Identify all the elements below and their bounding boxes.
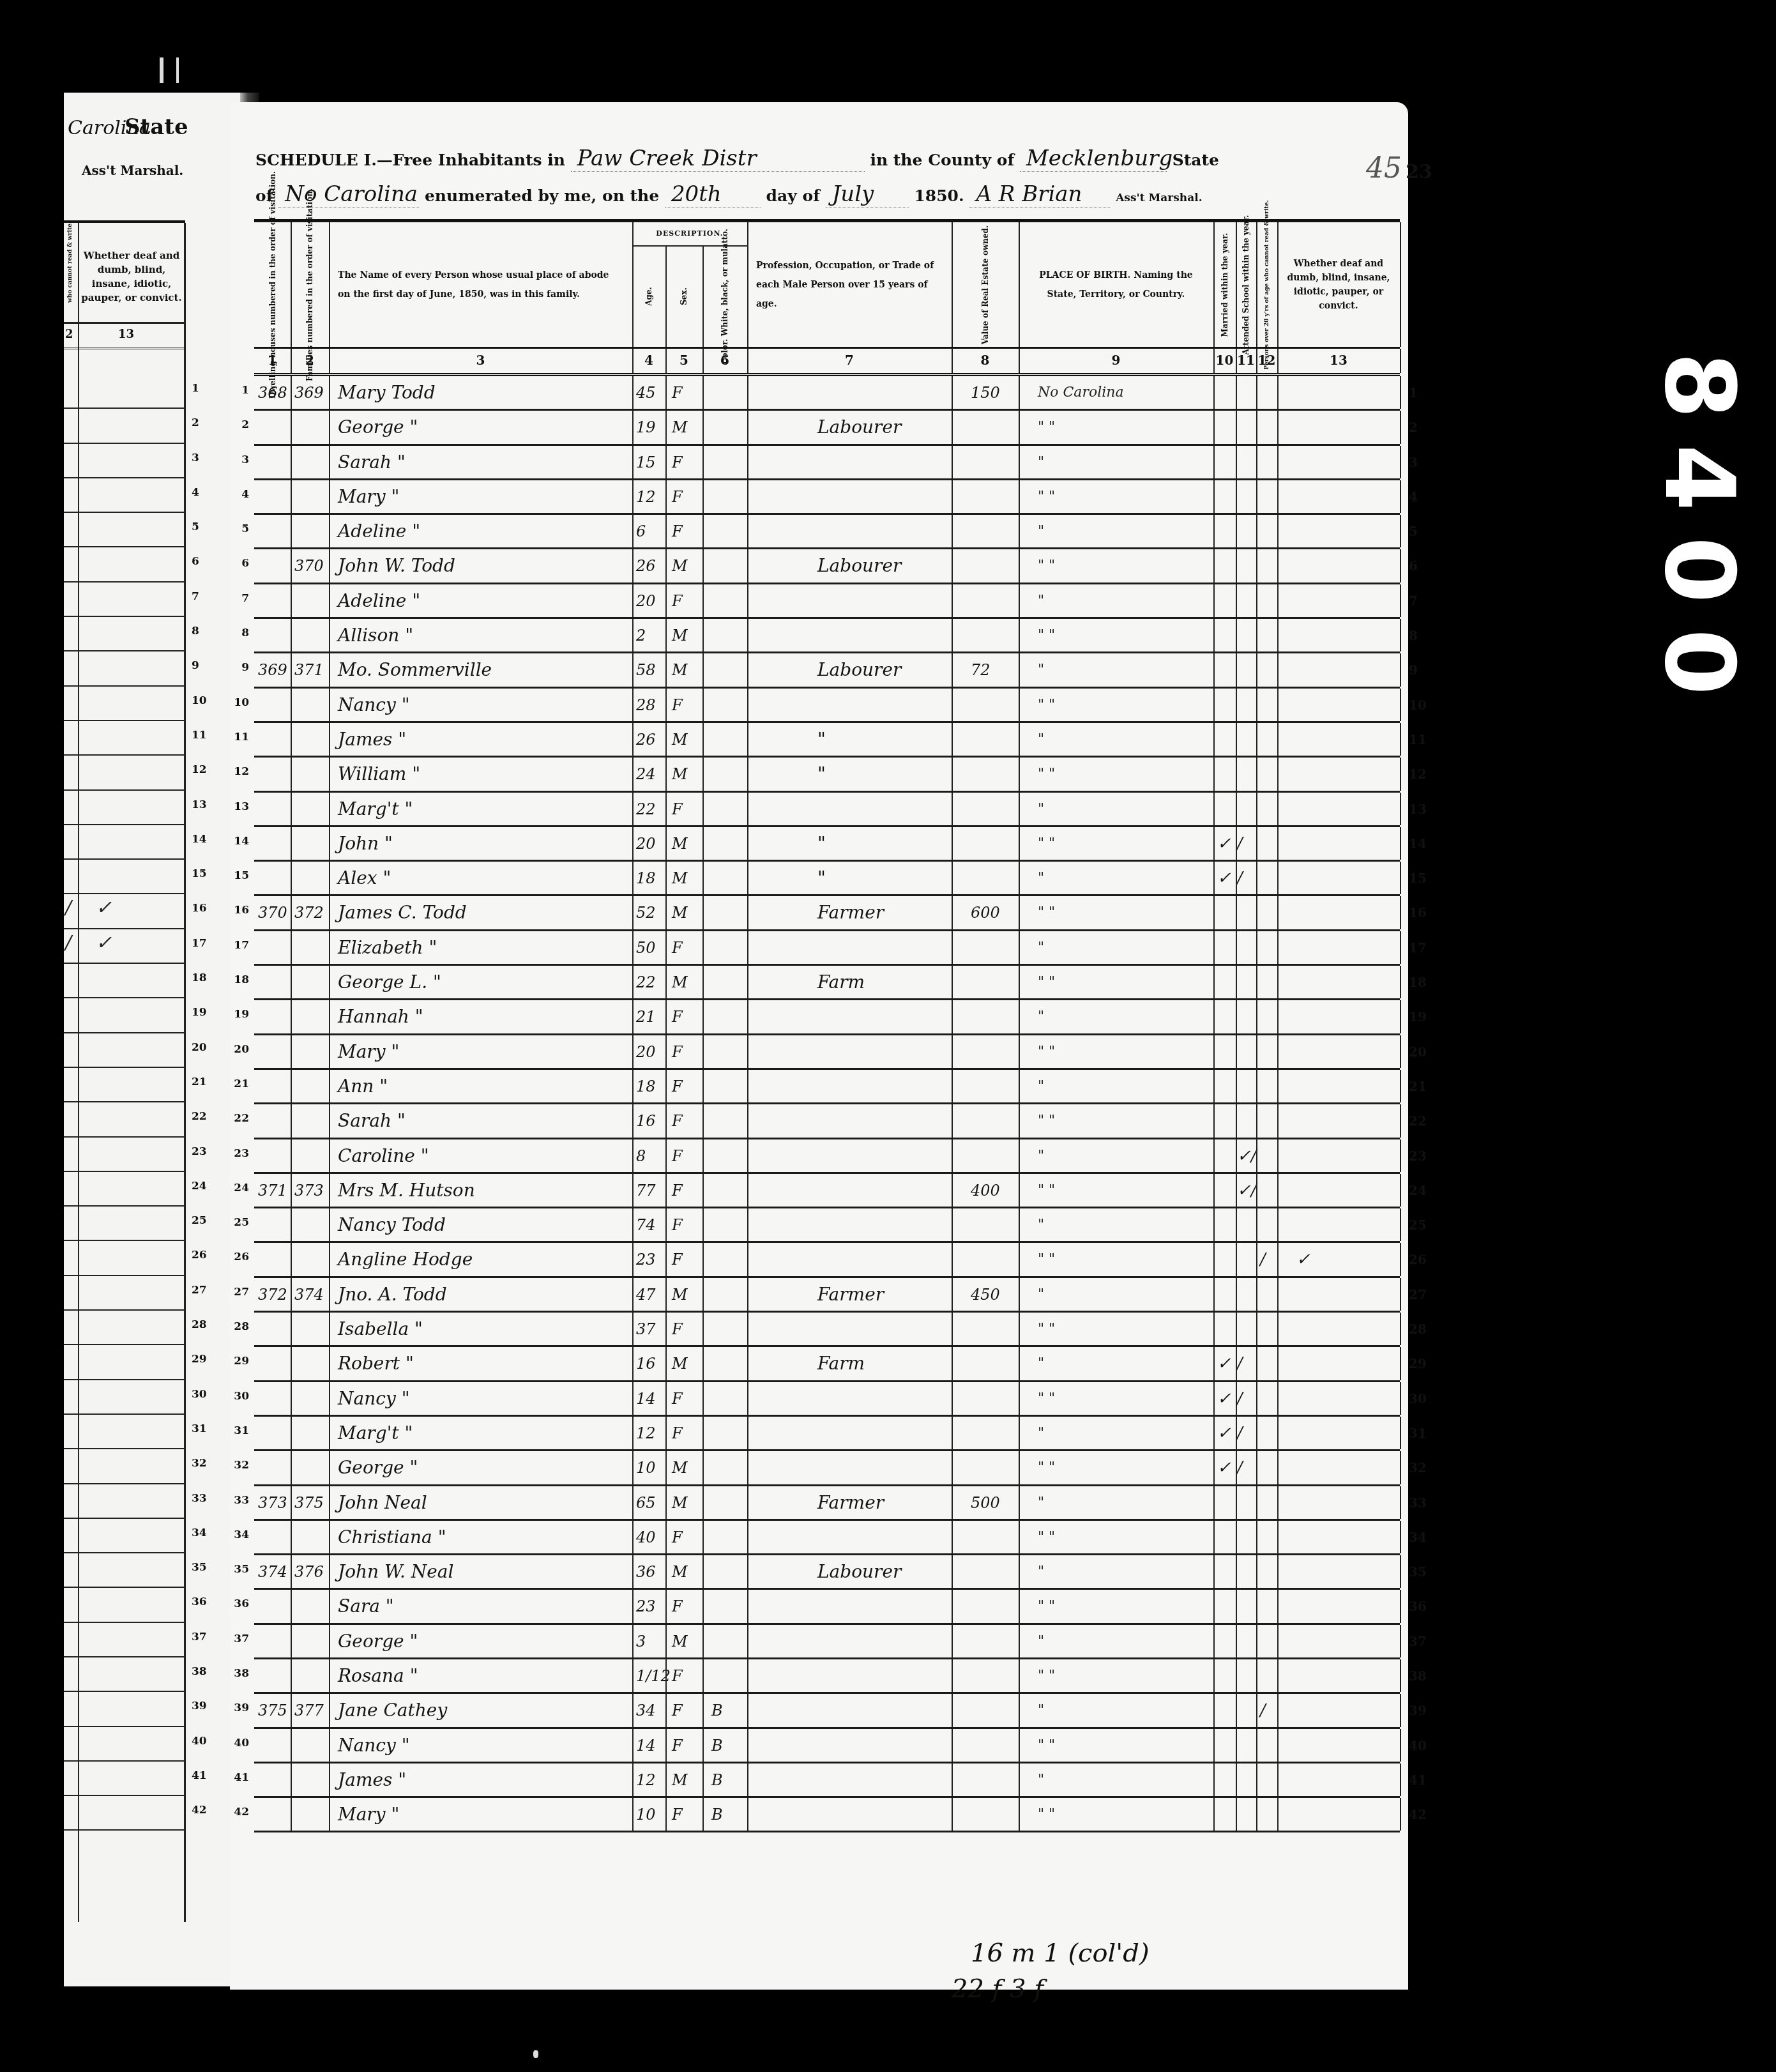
- cell-family: 370: [294, 549, 324, 582]
- column-rule: [952, 1555, 953, 1588]
- column-rule: [665, 1139, 667, 1172]
- column-rule: [747, 758, 748, 790]
- column-rule: [632, 1070, 634, 1102]
- cell-birthplace: " ": [1038, 1382, 1055, 1415]
- column-rule: [329, 723, 330, 756]
- left-page-row: 29: [64, 1345, 185, 1380]
- line-number-left: 10: [231, 696, 249, 709]
- cell-name: Sarah ": [338, 1104, 406, 1137]
- column-rule: [1213, 411, 1215, 443]
- page-number-handwritten: 45: [1366, 152, 1402, 185]
- cell-sex: F: [672, 1104, 683, 1137]
- column-rule: [1213, 1729, 1215, 1762]
- column-rule: [1213, 1313, 1215, 1345]
- column-rule: [329, 1104, 330, 1137]
- line-number-right: 14: [1409, 836, 1439, 851]
- column-rule: [291, 723, 292, 756]
- cell-name: Mary ": [338, 1035, 399, 1068]
- table-row: 3131Marg't "12F"✓/: [254, 1417, 1400, 1451]
- column-rule: [1213, 1590, 1215, 1622]
- cell-birthplace: " ": [1038, 1313, 1055, 1345]
- column-rule: [952, 1625, 953, 1657]
- cell-birthplace: ": [1038, 1070, 1044, 1102]
- line-number-right: 16: [1409, 905, 1439, 920]
- column-rule: [632, 1659, 634, 1692]
- column-rule: [1213, 1798, 1215, 1831]
- column-rule: [1256, 1382, 1257, 1415]
- column-rule: [1277, 584, 1279, 617]
- column-rule: [291, 222, 292, 347]
- column-rule: [702, 376, 704, 409]
- column-rule: [1213, 480, 1215, 513]
- cell-name: Christiana ": [338, 1521, 446, 1553]
- column-rule: [665, 1729, 667, 1762]
- column-rule: [665, 1625, 667, 1657]
- column-rule: [952, 1590, 953, 1622]
- cell-birthplace: ": [1038, 653, 1044, 686]
- column-rule: [952, 689, 953, 721]
- cell-name: Isabella ": [338, 1313, 423, 1345]
- cell-sex: F: [672, 689, 683, 721]
- cell-sex: M: [672, 966, 688, 998]
- column-rule: [632, 1347, 634, 1380]
- column-rule: [1400, 1694, 1401, 1726]
- cell-birthplace: ": [1038, 446, 1044, 478]
- line-number-right: 29: [1409, 1356, 1439, 1371]
- left-line-number: 18: [192, 971, 211, 984]
- column-rule: [1400, 966, 1401, 998]
- column-rule: [1277, 1555, 1279, 1588]
- column-rule: [291, 1521, 292, 1553]
- column-rule: [632, 222, 634, 347]
- column-rule: [665, 1174, 667, 1207]
- column-number-row: 12345678910111213: [254, 347, 1400, 376]
- column-rule: [1277, 1070, 1279, 1102]
- line-number-left: 36: [231, 1597, 249, 1610]
- table-row: 2222Sarah "16F" ": [254, 1104, 1400, 1139]
- column-number: 10: [1213, 353, 1236, 368]
- cell-real-estate: 500: [971, 1486, 1000, 1519]
- column-rule: [1256, 966, 1257, 998]
- column-rule: [747, 1451, 748, 1484]
- column-rule: [1400, 862, 1401, 894]
- column-rule: [329, 411, 330, 443]
- left-page-row: 19: [64, 998, 185, 1033]
- left-page-table: who cannot read & write. Whether deaf an…: [64, 220, 185, 1922]
- state-label: State: [1173, 151, 1219, 169]
- cell-dwelling: 373: [258, 1486, 287, 1519]
- left-page-row: 11: [64, 721, 185, 756]
- line-number-right: 6: [1409, 558, 1439, 574]
- column-rule: [665, 1659, 667, 1692]
- column-rule: [1019, 758, 1020, 790]
- column-rule: [1256, 1313, 1257, 1345]
- cell-birthplace: ": [1038, 1486, 1044, 1519]
- cell-sex: M: [672, 549, 688, 582]
- cell-age: 12: [636, 1417, 656, 1449]
- cell-birthplace: ": [1038, 1417, 1044, 1449]
- column-rule: [1213, 793, 1215, 825]
- column-rule: [1256, 1729, 1257, 1762]
- left-line-number: 16: [192, 902, 211, 915]
- column-rule: [665, 931, 667, 964]
- column-rule: [632, 1313, 634, 1345]
- column-rule: [1019, 1798, 1020, 1831]
- column-rule: [1213, 1278, 1215, 1311]
- cell-school: /: [1237, 1382, 1243, 1415]
- column-rule: [952, 827, 953, 860]
- cell-sex: F: [672, 480, 683, 513]
- column-rule: [632, 549, 634, 582]
- left-page-row: 2: [64, 409, 185, 443]
- cell-sex: F: [672, 1382, 683, 1415]
- column-rule: [702, 1382, 704, 1415]
- column-rule: [329, 1313, 330, 1345]
- column-rule: [1277, 1278, 1279, 1311]
- column-rule: [1213, 1208, 1215, 1241]
- column-rule: [1400, 793, 1401, 825]
- left-line-number: 25: [192, 1214, 211, 1227]
- column-rule: [702, 1521, 704, 1553]
- table-row: 3838Rosana "1/12F" ": [254, 1659, 1400, 1694]
- cell-name: Mary Todd: [338, 376, 436, 409]
- cell-birthplace: " ": [1038, 689, 1055, 721]
- cell-name: Mo. Sommerville: [338, 653, 492, 686]
- cell-sex: F: [672, 1139, 683, 1172]
- column-rule: [329, 1555, 330, 1588]
- header-birthplace: PLACE OF BIRTH. Naming the State, Territ…: [1019, 222, 1213, 347]
- column-rule: [291, 1382, 292, 1415]
- column-rule: [1213, 515, 1215, 547]
- cell-name: James C. Todd: [338, 896, 467, 929]
- column-rule: [1019, 1243, 1020, 1276]
- line-number-right: 15: [1409, 871, 1439, 886]
- left-col12-mark: /: [65, 932, 72, 954]
- column-rule: [952, 931, 953, 964]
- left-page-row: 9: [64, 651, 185, 686]
- column-rule: [291, 1486, 292, 1519]
- cell-age: 40: [636, 1521, 656, 1553]
- cell-occupation: Farmer: [817, 1486, 884, 1519]
- cell-name: John Neal: [338, 1486, 427, 1519]
- column-rule: [747, 619, 748, 651]
- column-rule: [1277, 723, 1279, 756]
- line-number-right: 40: [1409, 1738, 1439, 1753]
- cell-occupation: ": [817, 758, 826, 790]
- cell-sex: M: [672, 653, 688, 686]
- column-rule: [665, 584, 667, 617]
- line-number-right: 34: [1409, 1530, 1439, 1545]
- cell-age: 10: [636, 1798, 656, 1831]
- table-row: 1414John "20M"" "✓/: [254, 827, 1400, 862]
- column-number: 8: [952, 353, 1019, 368]
- line-number-right: 20: [1409, 1044, 1439, 1060]
- cell-real-estate: 450: [971, 1278, 1000, 1311]
- column-rule: [1277, 1451, 1279, 1484]
- cell-birthplace: " ": [1038, 966, 1055, 998]
- column-rule: [329, 349, 330, 373]
- cell-age: 16: [636, 1347, 656, 1380]
- column-rule: [1256, 1243, 1257, 1276]
- cell-sex: F: [672, 1798, 683, 1831]
- column-rule: [291, 689, 292, 721]
- column-rule: [665, 1417, 667, 1449]
- left-page-row: 4: [64, 478, 185, 513]
- column-rule: [1213, 1174, 1215, 1207]
- cell-age: 20: [636, 827, 656, 860]
- column-rule: [665, 1798, 667, 1831]
- column-rule: [1236, 758, 1237, 790]
- column-rule: [1236, 1000, 1237, 1033]
- left-line-number: 9: [192, 659, 211, 672]
- column-rule: [1400, 758, 1401, 790]
- column-rule: [1256, 1451, 1257, 1484]
- header-color: Color. White, black, or mulatto.: [702, 245, 747, 347]
- column-rule: [1400, 1798, 1401, 1831]
- column-rule: [329, 653, 330, 686]
- cell-family: 373: [294, 1174, 324, 1207]
- column-rule: [665, 1104, 667, 1137]
- column-rule: [291, 1347, 292, 1380]
- cell-married: ✓: [1217, 1382, 1231, 1415]
- line-number-left: 2: [231, 418, 249, 431]
- table-row: 4040Nancy "14FB" ": [254, 1729, 1400, 1763]
- left-line-number: 28: [192, 1318, 211, 1331]
- cell-age: 10: [636, 1451, 656, 1484]
- cell-birthplace: ": [1038, 793, 1044, 825]
- left-page-row: 7: [64, 583, 185, 617]
- cell-real-estate: 400: [971, 1174, 1000, 1207]
- line-number-left: 6: [231, 557, 249, 570]
- column-rule: [1236, 515, 1237, 547]
- column-rule: [1277, 1382, 1279, 1415]
- left-line-number: 14: [192, 833, 211, 846]
- column-rule: [291, 862, 292, 894]
- cell-sex: F: [672, 1694, 683, 1726]
- column-rule: [329, 619, 330, 651]
- column-rule: [1213, 896, 1215, 929]
- line-number-right: 1: [1409, 385, 1439, 400]
- cell-illiterate: /: [1260, 1694, 1266, 1726]
- column-rule: [952, 1347, 953, 1380]
- column-rule: [632, 1694, 634, 1726]
- cell-occupation: Labourer: [817, 411, 901, 443]
- column-rule: [747, 1763, 748, 1796]
- cell-age: 23: [636, 1243, 656, 1276]
- cell-age: 26: [636, 723, 656, 756]
- column-rule: [1400, 1729, 1401, 1762]
- column-rule: [702, 1104, 704, 1137]
- column-rule: [747, 480, 748, 513]
- column-rule: [1256, 1208, 1257, 1241]
- cell-sex: F: [672, 1070, 683, 1102]
- line-number-left: 32: [231, 1459, 249, 1472]
- column-rule: [702, 411, 704, 443]
- column-rule: [747, 1035, 748, 1068]
- column-rule: [952, 411, 953, 443]
- column-rule: [1236, 1486, 1237, 1519]
- column-rule: [1213, 1694, 1215, 1726]
- column-rule: [291, 515, 292, 547]
- cell-sex: F: [672, 1417, 683, 1449]
- column-rule: [632, 966, 634, 998]
- header-name: The Name of every Person whose usual pla…: [329, 222, 632, 347]
- page-number: 23: [1406, 161, 1432, 183]
- column-rule: [1236, 549, 1237, 582]
- cell-family: 369: [294, 376, 324, 409]
- column-rule: [1236, 1451, 1237, 1484]
- column-rule: [1277, 411, 1279, 443]
- day-field: 20th: [665, 181, 761, 208]
- column-rule: [1236, 584, 1237, 617]
- column-rule: [632, 1000, 634, 1033]
- column-rule: [747, 1243, 748, 1276]
- cell-age: 12: [636, 1763, 656, 1796]
- left-col12-number: 2: [65, 328, 73, 341]
- left-line-number: 19: [192, 1006, 211, 1019]
- column-rule: [1236, 793, 1237, 825]
- line-number-left: 33: [231, 1494, 249, 1507]
- cell-married: ✓: [1217, 1451, 1231, 1484]
- column-rule: [1213, 1347, 1215, 1380]
- column-rule: [632, 376, 634, 409]
- cell-sex: M: [672, 1347, 688, 1380]
- line-number-left: 41: [231, 1771, 249, 1784]
- cell-name: James ": [338, 723, 406, 756]
- column-rule: [702, 480, 704, 513]
- left-page-row: 38: [64, 1657, 185, 1692]
- column-rule: [632, 1139, 634, 1172]
- column-rule: [952, 1070, 953, 1102]
- line-number-left: 14: [231, 835, 249, 848]
- column-rule: [665, 793, 667, 825]
- column-rule: [632, 619, 634, 651]
- left-line-number: 12: [192, 763, 211, 776]
- cell-family: 374: [294, 1278, 324, 1311]
- column-rule: [329, 758, 330, 790]
- left-line-number: 31: [192, 1422, 211, 1435]
- column-rule: [1256, 1070, 1257, 1102]
- column-rule: [665, 1382, 667, 1415]
- column-rule: [1256, 222, 1257, 347]
- cell-name: Jno. A. Todd: [338, 1278, 447, 1311]
- line-number-left: 24: [231, 1182, 249, 1194]
- left-state-label: State: [125, 114, 188, 140]
- left-page-row: 3: [64, 444, 185, 478]
- cell-dwelling: 371: [258, 1174, 287, 1207]
- column-rule: [1400, 1243, 1401, 1276]
- cell-sex: F: [672, 1659, 683, 1692]
- year-label: 1850.: [914, 187, 964, 205]
- cell-birthplace: " ": [1038, 1521, 1055, 1553]
- column-rule: [952, 1694, 953, 1726]
- column-rule: [747, 653, 748, 686]
- column-rule: [1213, 1555, 1215, 1588]
- cell-name: George ": [338, 1451, 418, 1484]
- cell-sex: M: [672, 896, 688, 929]
- cell-age: 12: [636, 480, 656, 513]
- column-rule: [1400, 619, 1401, 651]
- cell-sex: M: [672, 1451, 688, 1484]
- left-line-number: 11: [192, 729, 211, 742]
- header-family: Families numbered in the order of visita…: [291, 222, 329, 347]
- column-rule: [1277, 1625, 1279, 1657]
- column-rule: [1277, 1763, 1279, 1796]
- column-rule: [1236, 1174, 1237, 1207]
- column-rule: [702, 1035, 704, 1068]
- cell-age: 20: [636, 1035, 656, 1068]
- column-rule: [747, 1139, 748, 1172]
- left-page-row: 41: [64, 1762, 185, 1796]
- column-rule: [665, 827, 667, 860]
- column-rule: [1277, 1174, 1279, 1207]
- column-rule: [952, 1382, 953, 1415]
- column-rule: [1213, 349, 1215, 373]
- cell-occupation: Labourer: [817, 549, 901, 582]
- cell-school: ✓/: [1237, 1139, 1257, 1172]
- left-page-row: 28: [64, 1311, 185, 1345]
- marshal-label: Ass't Marshal.: [1116, 192, 1202, 204]
- column-rule: [747, 349, 748, 373]
- column-rule: [329, 966, 330, 998]
- table-row: 22George "19MLabourer" ": [254, 411, 1400, 445]
- left-line-number: 33: [192, 1492, 211, 1505]
- column-rule: [665, 411, 667, 443]
- cell-dwelling: 370: [258, 896, 287, 929]
- cell-family: 372: [294, 896, 324, 929]
- left-page-fragment: Carolina State Ass't Marshal. who cannot…: [64, 93, 241, 1986]
- cell-name: Marg't ": [338, 793, 413, 825]
- cell-age: 15: [636, 446, 656, 478]
- cell-name: Adeline ": [338, 584, 420, 617]
- column-rule: [1277, 1000, 1279, 1033]
- column-rule: [1256, 1278, 1257, 1311]
- cell-birthplace: ": [1038, 1625, 1044, 1657]
- cell-name: Sarah ": [338, 446, 406, 478]
- column-rule: [702, 349, 704, 373]
- left-page-row: 42: [64, 1796, 185, 1831]
- column-rule: [702, 1555, 704, 1588]
- column-rule: [1400, 653, 1401, 686]
- column-rule: [747, 1417, 748, 1449]
- column-rule: [632, 1174, 634, 1207]
- column-rule: [702, 1694, 704, 1726]
- column-rule: [1213, 1035, 1215, 1068]
- line-number-right: 42: [1409, 1807, 1439, 1822]
- column-rule: [665, 446, 667, 478]
- column-rule: [1277, 1313, 1279, 1345]
- column-rule: [329, 1278, 330, 1311]
- line-number-right: 24: [1409, 1183, 1439, 1198]
- cell-family: 376: [294, 1555, 324, 1588]
- column-rule: [1256, 723, 1257, 756]
- column-rule: [952, 549, 953, 582]
- cell-name: Caroline ": [338, 1139, 429, 1172]
- cell-family: 377: [294, 1694, 324, 1726]
- column-rule: [1256, 689, 1257, 721]
- left-line-number: 5: [192, 521, 211, 533]
- left-line-number: 30: [192, 1388, 211, 1401]
- column-rule: [952, 1313, 953, 1345]
- table-row: 3535374376John W. Neal36MLabourer": [254, 1555, 1400, 1590]
- line-number-left: 30: [231, 1390, 249, 1403]
- column-rule: [329, 1451, 330, 1484]
- column-rule: [1213, 1243, 1215, 1276]
- header-dwelling: Dwelling-houses numbered in the order of…: [254, 222, 291, 347]
- column-number: 13: [1277, 353, 1400, 368]
- cell-married: ✓: [1217, 1417, 1231, 1449]
- column-rule: [1277, 896, 1279, 929]
